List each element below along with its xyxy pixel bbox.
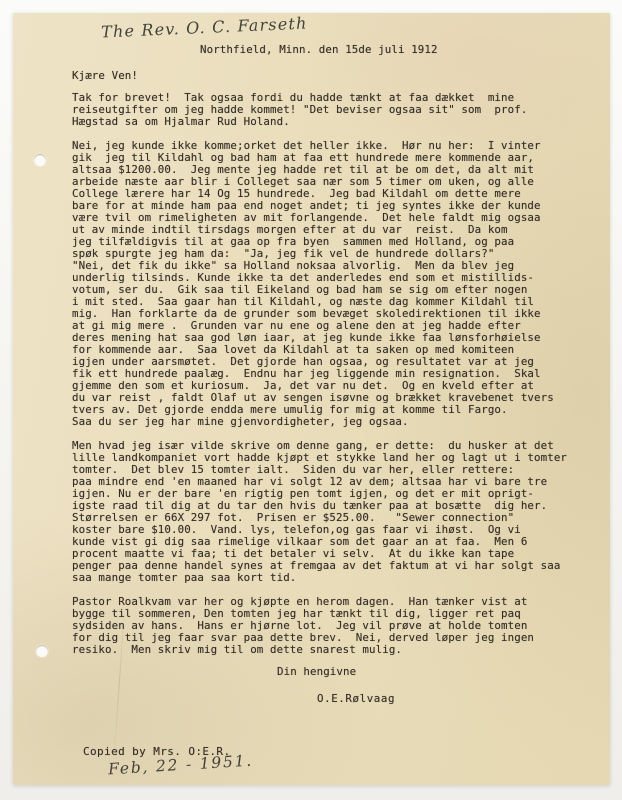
letter-body: Northfield, Minn. den 15de juli 1912 Kjæ… (72, 13, 577, 705)
paragraph: Tak for brevet! Tak ogsaa fordi du hadde… (72, 92, 577, 128)
paragraph: Pastor Roalkvam var her og kjøpte en her… (72, 596, 577, 656)
signature: O.E.Rølvaag (317, 693, 577, 705)
salutation: Kjære Ven! (72, 70, 577, 82)
punch-hole (34, 154, 46, 166)
closing: Din hengivne (277, 666, 577, 678)
punch-hole (36, 645, 48, 657)
dateline: Northfield, Minn. den 15de juli 1912 (200, 44, 577, 56)
paragraph: Men hvad jeg især vilde skrive om denne … (72, 440, 577, 584)
scanned-letter-background: The Rev. O. C. Farseth Northfield, Minn.… (0, 0, 622, 800)
paragraph: Nei, jeg kunde ikke komme;orket det hell… (72, 140, 577, 428)
letter-paper: The Rev. O. C. Farseth Northfield, Minn.… (13, 13, 610, 785)
